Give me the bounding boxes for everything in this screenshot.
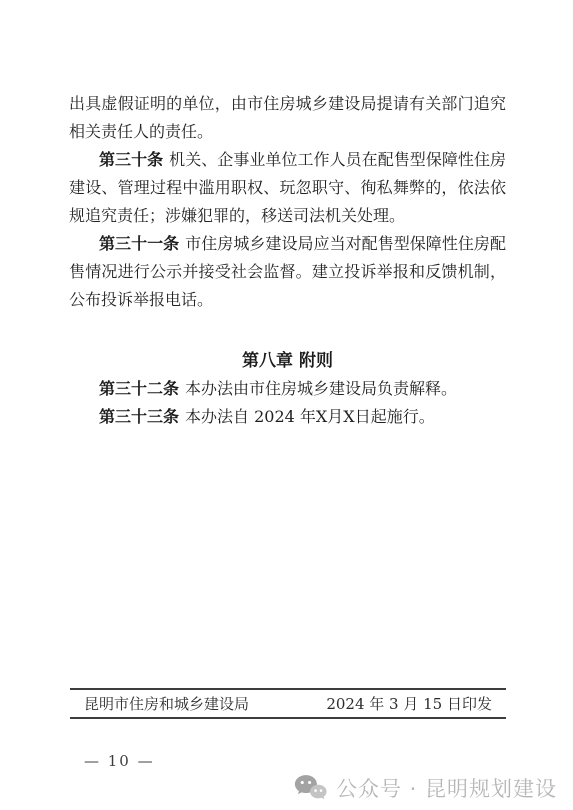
footer-issuer: 昆明市住房和城乡建设局: [84, 693, 249, 714]
paragraph-text: 本办法自 2024 年X月X日起施行。: [185, 407, 435, 426]
body-paragraph: 第三十条机关、企事业单位工作人员在配售型保障性住房建设、管理过程中滥用职权、玩忽…: [69, 146, 506, 230]
article-lead: 第三十一条: [99, 234, 179, 253]
article-lead: 第三十三条: [99, 407, 179, 426]
watermark-label: 公众号 · 昆明规划建设: [336, 773, 557, 803]
body-paragraph: 第三十二条本办法由市住房城乡建设局负责解释。: [69, 375, 506, 403]
footer-print-date: 2024 年 3 月 15 日印发: [326, 693, 492, 714]
article-lead: 第三十二条: [99, 379, 179, 398]
body-paragraph: 出具虚假证明的单位，由市住房城乡建设局提请有关部门追究相关责任人的责任。: [69, 90, 506, 146]
body-paragraph: 第三十一条市住房城乡建设局应当对配售型保障性住房配售情况进行公示并接受社会监督。…: [69, 230, 506, 314]
article-lead: 第三十条: [99, 150, 163, 169]
page-number: — 10 —: [84, 752, 155, 770]
document-page: 出具虚假证明的单位，由市住房城乡建设局提请有关部门追究相关责任人的责任。 第三十…: [0, 0, 573, 810]
colophon-bar: 昆明市住房和城乡建设局 2024 年 3 月 15 日印发: [70, 688, 506, 719]
watermark: 公众号 · 昆明规划建设: [294, 773, 557, 803]
body-paragraph: 第三十三条本办法自 2024 年X月X日起施行。: [69, 403, 506, 431]
paragraph-text: 出具虚假证明的单位，由市住房城乡建设局提请有关部门追究相关责任人的责任。: [69, 94, 506, 141]
document-body: 出具虚假证明的单位，由市住房城乡建设局提请有关部门追究相关责任人的责任。 第三十…: [69, 90, 506, 431]
wechat-icon: [294, 774, 327, 802]
paragraph-text: 本办法由市住房城乡建设局负责解释。: [185, 379, 457, 398]
chapter-heading: 第八章 附则: [69, 347, 506, 375]
